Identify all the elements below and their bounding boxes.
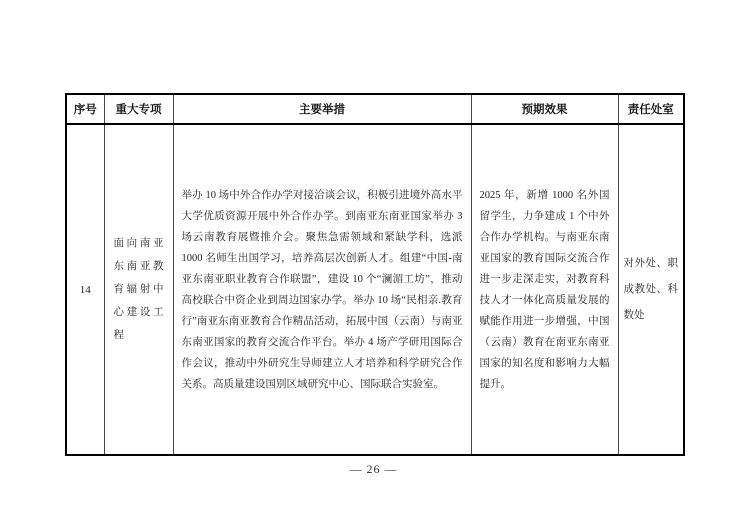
document-page: { "table": { "headers": ["序号", "重大专项", "… [0,0,747,525]
header-expected: 预期效果 [471,94,618,124]
cell-expected-effect: 2025 年，新增 1000 名外国留学生，力争建成 1 个中外合作办学机构。与… [471,124,618,455]
header-index: 序号 [66,94,104,124]
table-header-row: 序号 重大专项 主要举措 预期效果 责任处室 [66,94,684,124]
cell-row-index: 14 [66,124,104,455]
cell-main-measures: 举办 10 场中外合作办学对接洽谈会议，积极引进境外高水平大学优质资源开展中外合… [173,124,471,455]
cell-responsible-department: 对外处、职成教处、科数处 [618,124,684,455]
page-number: — 26 — [0,462,747,477]
cell-project-name: 面向南亚东南亚教育辐射中心建设工程 [104,124,173,455]
table-row: 14 面向南亚东南亚教育辐射中心建设工程 举办 10 场中外合作办学对接洽谈会议… [66,124,684,455]
header-project: 重大专项 [104,94,173,124]
major-projects-table: 序号 重大专项 主要举措 预期效果 责任处室 14 面向南亚东南亚教育辐射中心建… [65,93,685,456]
header-department: 责任处室 [618,94,684,124]
header-measures: 主要举措 [173,94,471,124]
